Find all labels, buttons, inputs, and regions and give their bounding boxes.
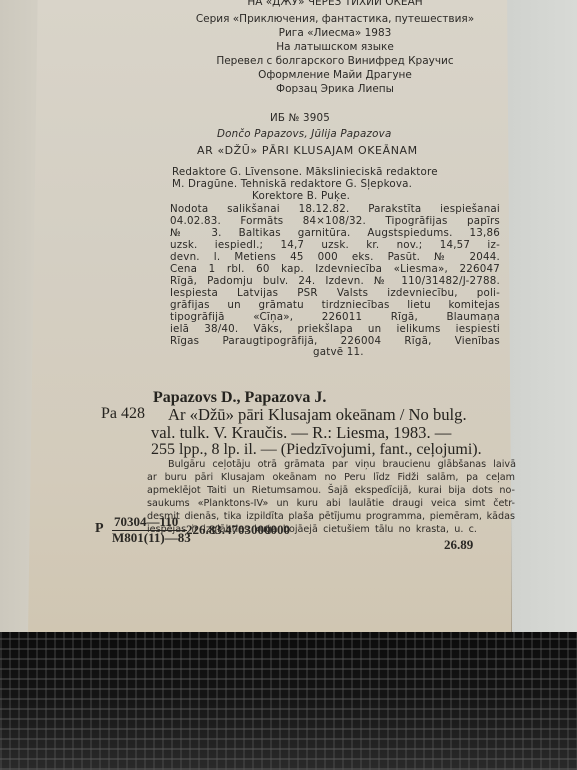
imprint-line: grāfijas un grāmatu tirdzniecības lietu … bbox=[170, 299, 500, 311]
editor-line-2: M. Dragūne. Tehniskā redaktore G. Sļepko… bbox=[172, 178, 412, 190]
imprint-last-line: gatvē 11. bbox=[313, 346, 364, 358]
imprint-line: tipogrāfijā «Cīņa», 226011 Rīgā, Blaumaņ… bbox=[170, 311, 500, 323]
code-numerator: 70304—110 bbox=[114, 514, 178, 530]
imprint-line: № 3. Baltikas garnitūra. Augstspiedums. … bbox=[170, 227, 500, 239]
right-page-edge bbox=[500, 0, 577, 660]
ru-publisher: Рига «Лиесма» 1983 bbox=[180, 27, 490, 39]
ru-translator: Перевел с болгарского Винифред Краучис bbox=[180, 55, 490, 67]
imprint-line: devn. l. Metiens 45 000 eks. Pasūt. № 20… bbox=[170, 251, 500, 263]
ru-language: На латышском языке bbox=[180, 41, 490, 53]
code-denominator: M801(11)—83 bbox=[112, 530, 191, 546]
annotation-line: ar buru pāri Klusajam okeānam no Peru lī… bbox=[147, 471, 515, 485]
catalog-entry-line: Ar «Džū» pāri Klusajam okeānam / No bulg… bbox=[168, 405, 467, 425]
authors-line: Dončo Papazovs, Jūlija Papazova bbox=[217, 128, 391, 140]
classification-code: Pa 428 bbox=[101, 405, 145, 423]
code-prefix: P bbox=[95, 521, 104, 537]
imprint-line: ielā 38/40. Vāks, priekšlapa un ielikums… bbox=[170, 323, 500, 335]
annotation-line: Bulgāru ceļotāju otrā grāmata par viņu b… bbox=[168, 458, 516, 472]
annotation-line: apmeklējot Taiti un Rietumsamou. Šajā ek… bbox=[147, 484, 515, 498]
imprint-line: 04.02.83. Formāts 84×108/32. Tipogrāfija… bbox=[170, 215, 500, 227]
editor-line-1: Redaktore G. Līvensone. Mākslinieciskā r… bbox=[172, 166, 438, 178]
ru-endpaper: Форзац Эрика Лиепы bbox=[180, 83, 490, 95]
catalog-entry-line: val. tulk. V. Kraučis. — R.: Liesma, 198… bbox=[151, 423, 451, 443]
udc-code: 26.89 bbox=[444, 537, 473, 553]
imprint-line: Nodota salikšanai 18.12.82. Parakstīta i… bbox=[170, 203, 500, 215]
imprint-line: Rīgā, Padomju bulv. 24. Izdevn. № 110/31… bbox=[170, 275, 500, 287]
imprint-line: Cena 1 rbl. 60 kap. Izdevniecība «Liesma… bbox=[170, 263, 500, 275]
editor-line-3: Korektore B. Puķe. bbox=[252, 190, 350, 202]
annotation-line: saukums «Planktons-IV» un kuru abi laulā… bbox=[147, 497, 515, 511]
ru-design: Оформление Майи Драгуне bbox=[180, 69, 490, 81]
ru-series: Серия «Приключения, фантастика, путешест… bbox=[180, 13, 490, 25]
imprint-line: uzsk. iespiedl.; 14,7 uzsk. kr. nov.; 14… bbox=[170, 239, 500, 251]
bbk-code: 226.83.4703000000 bbox=[186, 522, 290, 538]
ib-number: ИБ № 3905 bbox=[270, 112, 330, 124]
dark-fabric-surface bbox=[0, 632, 577, 770]
catalog-entry-line: 255 lpp., 8 lp. il. — (Piedzīvojumi, fan… bbox=[151, 441, 482, 459]
imprint-line: Iespiesta Latvijas PSR Valsts izdevniecī… bbox=[170, 287, 500, 299]
ru-title-line: НА «ДЖУ» ЧЕРЕЗ ТИХИЙ ОКЕАН bbox=[180, 0, 490, 8]
title-line: AR «DŽŪ» PĀRI KLUSAJAM OKEĀNAM bbox=[197, 144, 418, 157]
